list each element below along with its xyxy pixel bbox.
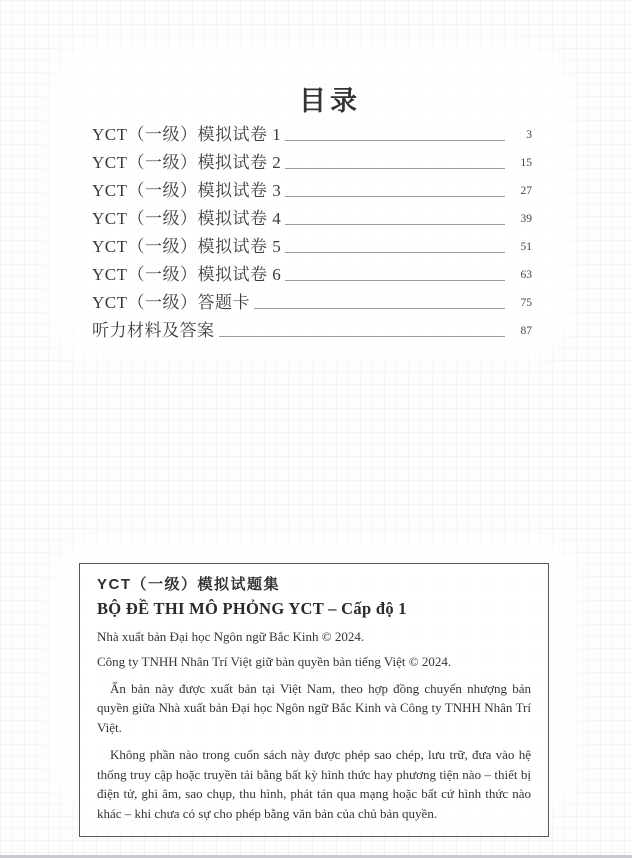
toc-entry-label: YCT（一级）模拟试卷 5	[92, 237, 281, 257]
toc-page-number: 27	[508, 185, 532, 201]
toc-leader-line	[285, 196, 505, 197]
copyright-box: YCT（一级）模拟试题集 BỘ ĐỀ THI MÔ PHỎNG YCT – Cấ…	[79, 563, 549, 837]
copyright-title-chinese: YCT（一级）模拟试题集	[97, 575, 531, 595]
toc-entry: YCT（一级）模拟试卷 3 27	[92, 173, 532, 201]
toc-page-number: 87	[508, 325, 532, 341]
toc-leader-line	[285, 252, 505, 253]
restriction-paragraph: Không phần nào trong cuốn sách này được …	[97, 745, 531, 823]
toc-entry: YCT（一级）模拟试卷 4 39	[92, 201, 532, 229]
toc-entry-label: YCT（一级）模拟试卷 4	[92, 209, 281, 229]
rights-line: Công ty TNHH Nhân Trí Việt giữ bản quyền…	[97, 653, 531, 671]
scanned-book-page: 目录 YCT（一级）模拟试卷 1 3 YCT（一级）模拟试卷 2 15 YCT（…	[0, 0, 632, 858]
toc-page-number: 75	[508, 297, 532, 313]
toc-page-number: 51	[508, 241, 532, 257]
toc-leader-line	[285, 224, 505, 225]
toc-list: YCT（一级）模拟试卷 1 3 YCT（一级）模拟试卷 2 15 YCT（一级）…	[92, 117, 532, 341]
toc-entry-label: YCT（一级）模拟试卷 1	[92, 125, 281, 145]
toc-entry: 听力材料及答案 87	[92, 313, 532, 341]
toc-entry-label: YCT（一级）模拟试卷 6	[92, 265, 281, 285]
toc-entry: YCT（一级）模拟试卷 1 3	[92, 117, 532, 145]
publisher-line: Nhà xuất bản Đại học Ngôn ngữ Bắc Kinh ©…	[97, 628, 531, 646]
toc-page-number: 63	[508, 269, 532, 285]
toc-leader-line	[285, 168, 505, 169]
toc-entry-label: 听力材料及答案	[92, 321, 215, 341]
toc-leader-line	[285, 140, 505, 141]
toc-page-number: 39	[508, 213, 532, 229]
toc-entry: YCT（一级）模拟试卷 5 51	[92, 229, 532, 257]
license-paragraph: Ấn bản này được xuất bản tại Việt Nam, t…	[97, 679, 531, 738]
toc-leader-line	[285, 280, 505, 281]
copyright-title-vietnamese: BỘ ĐỀ THI MÔ PHỎNG YCT – Cấp độ 1	[97, 598, 531, 619]
toc-leader-line	[219, 336, 506, 337]
toc-entry: YCT（一级）模拟试卷 6 63	[92, 257, 532, 285]
toc-leader-line	[254, 308, 505, 309]
toc-page-number: 15	[508, 157, 532, 173]
toc-entry-label: YCT（一级）答题卡	[92, 293, 250, 313]
toc-entry-label: YCT（一级）模拟试卷 2	[92, 153, 281, 173]
toc-entry: YCT（一级）模拟试卷 2 15	[92, 145, 532, 173]
toc-entry-label: YCT（一级）模拟试卷 3	[92, 181, 281, 201]
page-title: 目录	[14, 79, 632, 118]
toc-page-number: 3	[508, 129, 532, 145]
toc-entry: YCT（一级）答题卡 75	[92, 285, 532, 313]
